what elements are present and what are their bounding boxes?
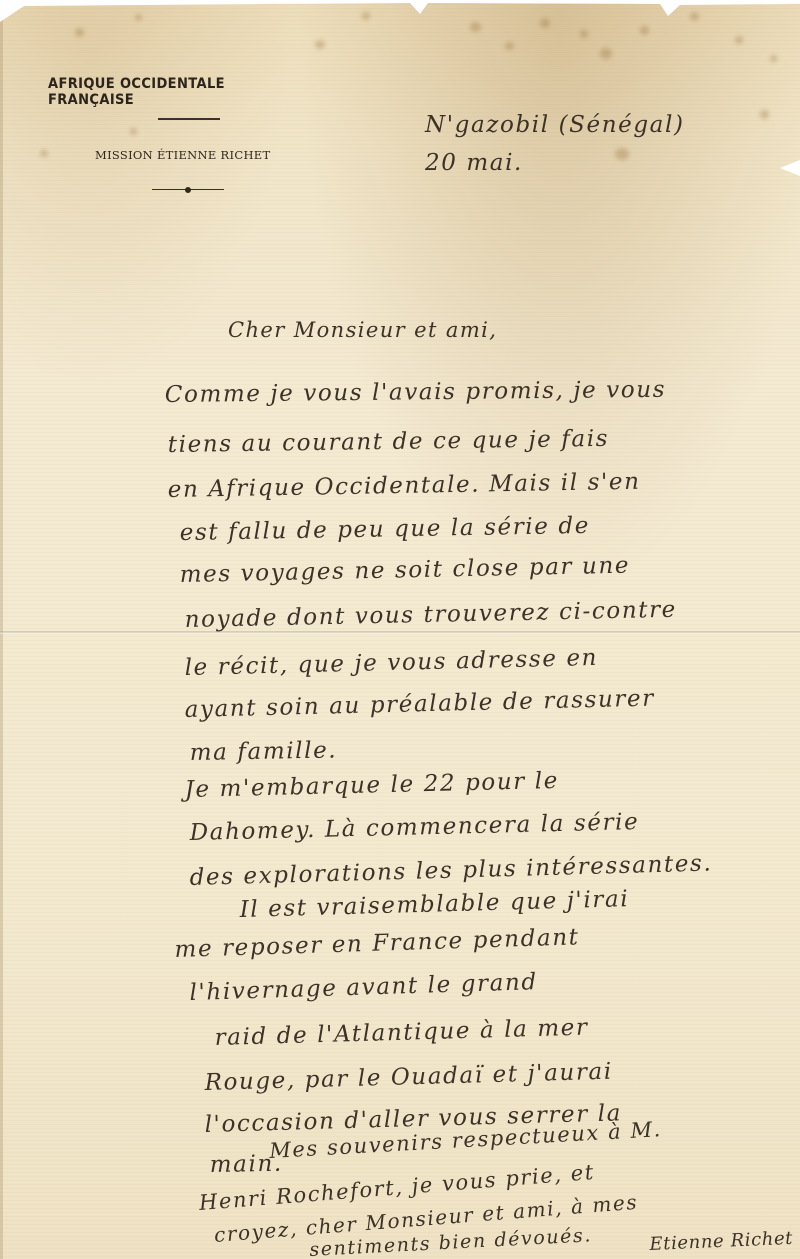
letter-line: l'occasion d'aller vous serrer la [204,1100,622,1138]
letterhead-rule [158,118,220,120]
foxing-spot [690,12,699,21]
letter-line: le récit, que je vous adresse en [184,645,598,681]
letter-line: Dahomey. Là commencera la série [189,809,639,846]
foxing-spot [505,42,514,50]
foxing-spot [770,55,777,62]
letter-line: l'hivernage avant le grand [189,969,538,1006]
foxing-spot [135,14,142,21]
letter-salutation: Cher Monsieur et ami, [228,318,497,342]
letter-line: Rouge, par le Ouadaï et j'aurai [204,1059,613,1096]
letter-line: Mes souvenirs respectueux à M. [269,1117,663,1163]
foxing-spot [640,26,649,35]
letter-line: ma famille. [190,737,338,766]
paper-edge [0,0,3,1259]
letter-line: tiens au courant de ce que je fais [168,426,610,458]
letter-signature: Etienne Richet [649,1228,793,1255]
letter-sheet: AFRIQUE OCCIDENTALE FRANÇAISE MISSION ÉT… [0,0,800,1259]
letter-line: est fallu de peu que la série de [180,513,591,546]
foxing-spot [735,36,743,44]
foxing-spot [362,12,370,20]
foxing-spot [760,110,769,119]
letter-line: sentiments bien dévoués. [309,1224,593,1259]
letter-line: Il est vraisemblable que j'irai [239,886,629,923]
letter-date: 20 mai. [425,150,523,176]
letter-line: raid de l'Atlantique à la mer [214,1015,589,1051]
letter-line: en Afrique Occidentale. Mais il s'en [168,469,641,503]
letter-place: N'gazobil (Sénégal) [425,112,685,138]
foxing-spot [315,40,325,49]
foxing-spot [40,150,48,157]
foxing-spot [75,28,84,37]
letterhead-ornament-dot [185,187,191,193]
foxing-spot [540,18,550,28]
letterhead-organization: AFRIQUE OCCIDENTALE FRANÇAISE [48,76,300,108]
foxing-spot [130,128,137,135]
letterhead-mission: MISSION ÉTIENNE RICHET [95,148,295,162]
letter-line: main. [210,1151,283,1178]
foxing-spot [470,22,481,32]
letter-line: Henri Rochefort, je vous prie, et [198,1160,596,1215]
foxing-spot [615,148,629,160]
letterhead-ornament-rule [152,189,224,190]
letter-line: des explorations les plus intéressantes. [189,850,712,891]
letter-line: croyez, cher Monsieur et ami, à mes [213,1190,639,1247]
foxing-spot [580,30,588,38]
letter-line: Comme je vous l'avais promis, je vous [165,377,666,408]
letter-line: me reposer en France pendant [174,924,580,963]
foxing-spot [600,48,612,59]
paper-fold [0,631,800,634]
letter-line: Je m'embarque le 22 pour le [184,768,559,803]
letter-line: noyade dont vous trouverez ci-contre [184,597,677,633]
letter-line: ayant soin au préalable de rassurer [184,686,655,723]
letter-line: mes voyages ne soit close par une [179,553,630,588]
